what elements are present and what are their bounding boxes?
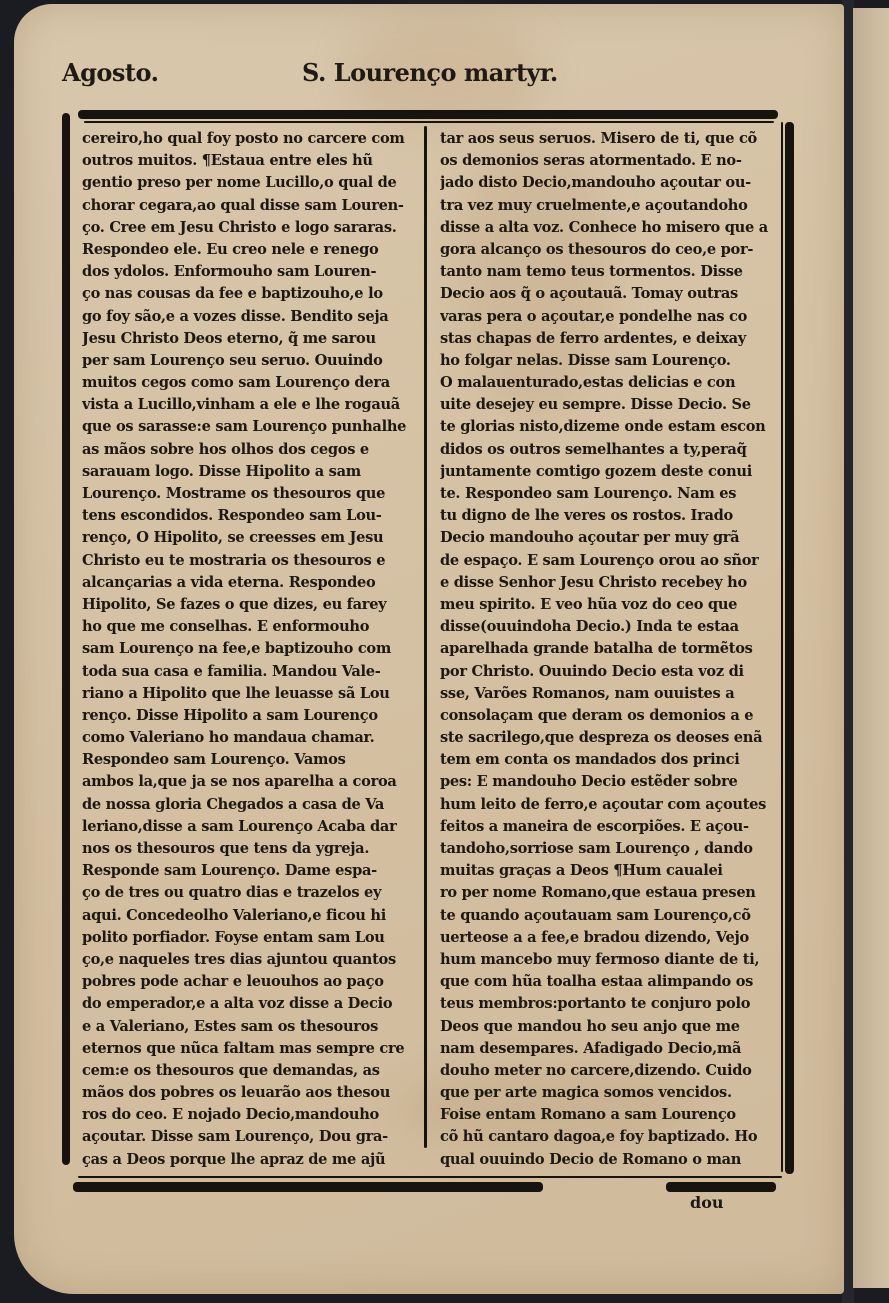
text-line: per sam Lourenço seu seruo. Ouuindo [82,350,417,372]
text-line: disse(ouuindoha Decio.) Inda te estaa [440,616,780,638]
bottom-rule-thick-left [73,1182,543,1192]
text-line: gentio preso per nome Lucillo,o qual de [82,172,417,194]
text-line: por Christo. Ouuindo Decio esta voz di [440,661,780,683]
text-line: ço nas cousas da fee e baptizouho,e lo [82,283,417,305]
text-line: hum leito de ferro,e açoutar com açoutes [440,794,780,816]
bottom-rule-thick-right [666,1182,776,1192]
text-line: cem:e os thesouros que demandas, as [82,1060,417,1082]
text-line: que os sarasse:e sam Lourenço punhalhe [82,416,417,438]
text-line: Decio mandouho açoutar per muy grã [440,527,780,549]
text-line: didos os outros semelhantes a ty,peraq̃ [440,439,780,461]
text-line: te quando açoutauam sam Lourenço,cõ [440,905,780,927]
right-frame-thin-rule [781,122,783,1172]
text-line: leriano,disse a sam Lourenço Acaba dar [82,816,417,838]
text-line: te. Respondeo sam Lourenço. Nam es [440,483,780,505]
text-line: tem em conta os mandados dos princi [440,749,780,771]
text-line: que com hũa toalha estaa alimpando os [440,971,780,993]
adjacent-page-edge [853,8,889,1288]
text-line: disse a alta voz. Conhece ho misero que … [440,217,780,239]
text-line: ros do ceo. E nojado Decio,mandouho [82,1104,417,1126]
text-line: tanto nam temo teus tormentos. Disse [440,261,780,283]
text-line: Respondeo sam Lourenço. Vamos [82,749,417,771]
text-line: ho que me conselhas. E enformouho [82,616,417,638]
text-line: riano a Hipolito que lhe leuasse sã Lou [82,683,417,705]
text-line: nam desempares. Afadigado Decio,mã [440,1038,780,1060]
text-line: Decio aos q̃ o açoutauã. Tomay outras [440,283,780,305]
text-line: stas chapas de ferro ardentes, e deixay [440,328,780,350]
top-rule-thin [84,121,774,123]
text-line: polito porfiador. Foyse entam sam Lou [82,927,417,949]
text-line: ste sacrilego,que despreza os deoses enã [440,727,780,749]
top-rule-thick [78,110,778,119]
text-line: Deos que mandou ho seu anjo que me [440,1016,780,1038]
text-line: mãos dos pobres os leuarão aos thesou [82,1082,417,1104]
text-line: Foise entam Romano a sam Lourenço [440,1104,780,1126]
text-line: renço, O Hipolito, se creesses em Jesu [82,527,417,549]
text-line: muitas graças a Deos ¶Hum caualei [440,860,780,882]
text-line: tu digno de lhe veres os rostos. Irado [440,505,780,527]
text-line: tra vez muy cruelmente,e açoutandoho [440,195,780,217]
text-line: como Valeriano ho mandaua chamar. [82,727,417,749]
text-line: eternos que nũca faltam mas sempre cre [82,1038,417,1060]
right-frame-thick-rule [785,122,794,1174]
text-line: tar aos seus seruos. Misero de ti, que c… [440,128,780,150]
text-line: pes: E mandouho Decio estẽder sobre [440,771,780,793]
text-line: açoutar. Disse sam Lourenço, Dou gra- [82,1126,417,1148]
text-line: te glorias nisto,dizeme onde estam escon [440,416,780,438]
text-line: renço. Disse Hipolito a sam Lourenço [82,705,417,727]
text-line: ço de tres ou quatro dias e trazelos ey [82,882,417,904]
text-line: aqui. Concedeolho Valeriano,e ficou hi [82,905,417,927]
text-line: pobres pode achar e leuouhos ao paço [82,971,417,993]
text-line: cõ hũ cantaro dagoa,e foy baptizado. Ho [440,1126,780,1148]
text-line: do emperador,e a alta voz disse a Decio [82,993,417,1015]
text-line: consolaçam que deram os demonios a e [440,705,780,727]
text-line: varas pera o açoutar,e pondelhe nas co [440,306,780,328]
text-line: aparelhada grande batalha de tormẽtos [440,638,780,660]
text-line: as mãos sobre hos olhos dos cegos e [82,439,417,461]
text-line: Responde sam Lourenço. Dame espa- [82,860,417,882]
text-line: toda sua casa e familia. Mandou Vale- [82,661,417,683]
text-line: ças a Deos porque lhe apraz de me ajũ [82,1149,417,1171]
text-line: tens escondidos. Respondeo sam Lou- [82,505,417,527]
text-line: os demonios seras atormentado. E no- [440,150,780,172]
text-line: qual ouuindo Decio de Romano o man [440,1149,780,1171]
text-line: O malauenturado,estas delicias e con [440,372,780,394]
text-line: ambos la,que ja se nos aparelha a coroa [82,771,417,793]
text-line: chorar cegara,ao qual disse sam Louren- [82,195,417,217]
text-column-right: tar aos seus seruos. Misero de ti, que c… [440,128,780,1171]
text-line: meu spirito. E veo hũa voz do ceo que [440,594,780,616]
catchword: dou [690,1193,724,1212]
text-line: muitos cegos como sam Lourenço dera [82,372,417,394]
text-line: cereiro,ho qual foy posto no carcere com [82,128,417,150]
text-line: tandoho,sorriose sam Lourenço , dando [440,838,780,860]
text-line: de espaço. E sam Lourenço orou ao sñor [440,550,780,572]
text-line: Christo eu te mostraria os thesouros e [82,550,417,572]
text-line: ho folgar nelas. Disse sam Lourenço. [440,350,780,372]
left-frame-rule [62,113,70,1165]
text-line: ço. Cree em Jesu Christo e logo sararas. [82,217,417,239]
text-line: feitos a maneira de escorpiões. E açou- [440,816,780,838]
text-column-left: cereiro,ho qual foy posto no carcere com… [82,128,417,1171]
text-line: sarauam logo. Disse Hipolito a sam [82,461,417,483]
text-line: Respondeo ele. Eu creo nele e renego [82,239,417,261]
text-line: que per arte magica somos vencidos. [440,1082,780,1104]
text-line: outros muitos. ¶Estaua entre eles hũ [82,150,417,172]
text-line: alcançarias a vida eterna. Respondeo [82,572,417,594]
text-line: Jesu Christo Deos eterno, q̃ me sarou [82,328,417,350]
text-line: uite desejey eu sempre. Disse Decio. Se [440,394,780,416]
text-line: jado disto Decio,mandouho açoutar ou- [440,172,780,194]
text-line: go foy são,e a vozes disse. Bendito seja [82,306,417,328]
text-line: sam Lourenço na fee,e baptizouho com [82,638,417,660]
column-divider [424,126,427,1148]
text-line: uerteose a a fee,e bradou dizendo, Vejo [440,927,780,949]
text-line: ço,e naqueles tres dias ajuntou quantos [82,949,417,971]
running-head-month: Agosto. [62,58,158,87]
text-line: teus membros:portanto te conjuro polo [440,993,780,1015]
text-line: dos ydolos. Enformouho sam Louren- [82,261,417,283]
text-line: hum mancebo muy fermoso diante de ti, [440,949,780,971]
text-line: douho meter no carcere,dizendo. Cuido [440,1060,780,1082]
text-line: juntamente comtigo gozem deste conui [440,461,780,483]
text-line: sse, Varões Romanos, nam ouuistes a [440,683,780,705]
text-line: e a Valeriano, Estes sam os thesouros [82,1016,417,1038]
text-line: gora alcanço os thesouros do ceo,e por- [440,239,780,261]
text-line: ro per nome Romano,que estaua presen [440,882,780,904]
text-line: e disse Senhor Jesu Christo recebey ho [440,572,780,594]
bottom-rule-thin [78,1176,782,1178]
running-head-title: S. Lourenço martyr. [302,58,558,87]
text-line: de nossa gloria Chegados a casa de Va [82,794,417,816]
text-line: Lourenço. Mostrame os thesouros que [82,483,417,505]
text-line: Hipolito, Se fazes o que dizes, eu farey [82,594,417,616]
text-line: vista a Lucillo,vinham a ele e lhe rogau… [82,394,417,416]
text-line: nos os thesouros que tens da ygreja. [82,838,417,860]
